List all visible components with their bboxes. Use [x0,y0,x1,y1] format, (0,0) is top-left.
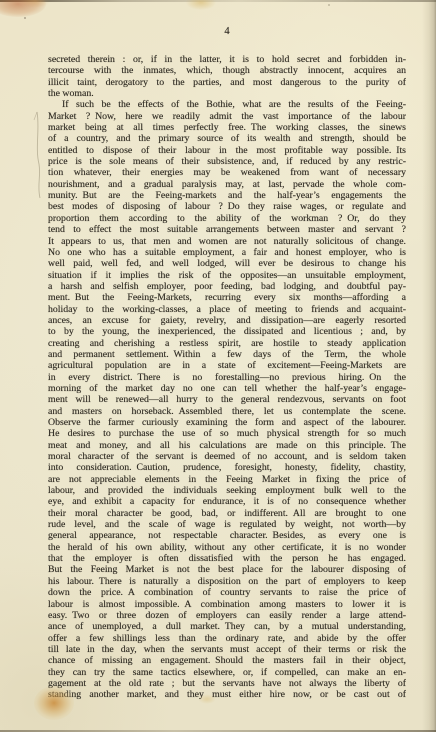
text-line: eye, and exhibit a capacity for enduranc… [48,496,406,507]
text-line: that the employer is often dissatisfied … [48,553,406,564]
scan-edge-top [0,0,436,2]
text-line: his labour. There is naturally a disposi… [48,576,406,587]
text-line: ment will be renewed—all hurry to the ge… [48,394,406,405]
text-line: If such be the effects of the Bothie, wh… [48,99,406,110]
text-line: nourishment, and a gradual paralysis may… [48,179,406,190]
paper-speck [24,17,26,19]
page-number: 4 [48,26,406,37]
text-line: rude level, and the scale of wage is reg… [48,519,406,530]
text-line: munity. But are the Feeing-markets and t… [48,190,406,201]
paper-speck [328,4,330,6]
crease-mark [31,106,45,206]
text-line: No one who has a suitable employment, a … [48,247,406,258]
text-line: a harsh and selfish employer, poor feedi… [48,281,406,292]
text-line: easy. Two or three dozen of employers ca… [48,610,406,621]
text-line: situation if it implies the risk of the … [48,270,406,281]
page-gutter-shadow [422,0,436,732]
text-line: market being at all times perfectly free… [48,122,406,133]
text-line: ment. But the Feeing-Markets, recurring … [48,292,406,303]
text-line: well paid, well fed, and well lodged, wi… [48,258,406,269]
text-line: down the price. A combination of country… [48,587,406,598]
text-line: into consideration. Caution, prudence, f… [48,462,406,473]
text-line: ance of unemployed, a dull market. They … [48,621,406,632]
text-line: the woman. [48,88,406,99]
text-line: price is the sole means of their subsist… [48,156,406,167]
text-line: It appears to us, that men and women are… [48,236,406,247]
text-line: labour is almost impossible. A combinati… [48,599,406,610]
stain-top-left [0,0,46,17]
page-text: secreted therein : or, if in the latter,… [48,54,406,701]
text-line: tercourse with the inmates, which, thoug… [48,65,406,76]
text-line: standing another market, and they must e… [48,689,406,700]
text-line: creating and cherishing a restless spiri… [48,338,406,349]
text-line: Market ? Now, here we readily admit the … [48,111,406,122]
text-line: till late in the day, when the servants … [48,644,406,655]
text-line: to by the young, the inexperienced, the … [48,326,406,337]
text-line: and permanent settlement. Within a few d… [48,349,406,360]
text-line: chance of missing an engagement. Should … [48,655,406,666]
text-line: ances, an excuse for gaiety, revelry, an… [48,315,406,326]
text-line: are not appreciable elements in the Feei… [48,474,406,485]
text-line: But the Feeing Market is not the best pl… [48,564,406,575]
text-line: they can try the same tactics elsewhere,… [48,667,406,678]
text-line: general appearance, not respectable char… [48,530,406,541]
text-line: their moral character be good, bad, or i… [48,508,406,519]
text-line: Observe the farmer curiously examining t… [48,417,406,428]
text-line: gagement at the old rate ; but the serva… [48,678,406,689]
text-line: of a country, and the primary source of … [48,133,406,144]
text-line: tion whatever, their energies may be wea… [48,167,406,178]
text-line: in every district. There is no forestall… [48,372,406,383]
text-line: moral character of the servant is deemed… [48,451,406,462]
text-line: He desires to purchase the use of so muc… [48,428,406,439]
text-line: and masters on horseback. Assembled ther… [48,406,406,417]
text-line: tend to effect the most suitable arrange… [48,224,406,235]
text-line: entitled to dispose of their labour in t… [48,145,406,156]
text-line: meat and money, and all his calculations… [48,440,406,451]
text-line: labour, and provided the individuals see… [48,485,406,496]
text-line: offer a few shillings less than the ordi… [48,633,406,644]
text-line: secreted therein : or, if in the latter,… [48,54,406,65]
book-page: 4 secreted therein : or, if in the latte… [0,0,436,732]
text-line: morning of the market day no one can tel… [48,383,406,394]
text-line: best modes of disposing of labour ? Do t… [48,201,406,212]
text-line: agricultural population are in a state o… [48,360,406,371]
text-line: holiday to the working-classes, a place … [48,304,406,315]
text-line: proportion them according to the ability… [48,213,406,224]
text-line: the herald of his own ability, without a… [48,542,406,553]
text-line: illicit taint, derogatory to the parties… [48,77,406,88]
